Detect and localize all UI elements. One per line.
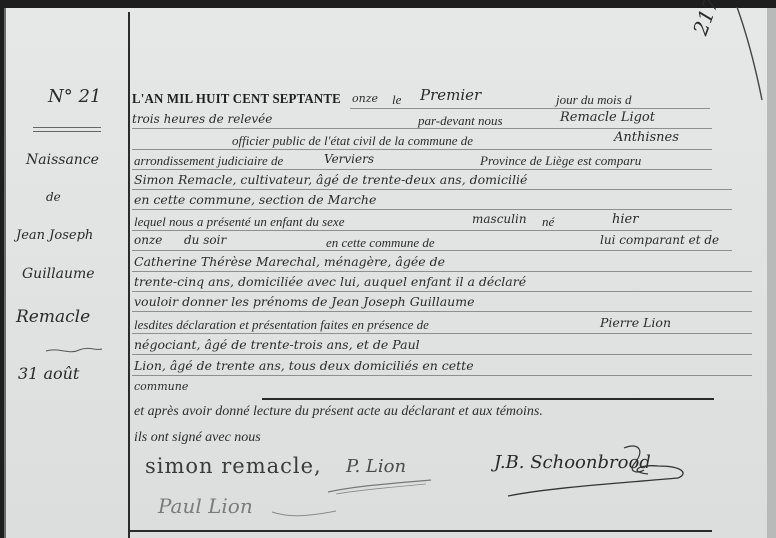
line13-rule xyxy=(132,354,752,355)
closing-statement: et après avoir donné lecture du présent … xyxy=(134,404,543,420)
margin-entry-de: de xyxy=(46,190,61,204)
margin-entry-given-name-2: Guillaume xyxy=(22,266,95,282)
line12-hw: Pierre Lion xyxy=(600,315,671,330)
line12-rule xyxy=(132,333,752,334)
line6-hw: en cette commune, section de Marche xyxy=(134,192,376,207)
line3-printed: officier public de l'état civil de la co… xyxy=(232,133,473,149)
top-right-flourish xyxy=(735,5,765,105)
line2-printed-pardevant: par-devant nous xyxy=(418,113,503,129)
line12-printed: lesdites déclaration et présentation fai… xyxy=(134,317,429,333)
line14-hw: Lion, âgé de trente ans, tous deux domic… xyxy=(134,358,474,373)
line7-rule xyxy=(132,230,712,231)
margin-entry-date: 31 août xyxy=(18,364,79,383)
officer-flourish xyxy=(488,440,688,500)
line6-rule xyxy=(132,209,732,210)
line11-hw: vouloir donner les prénoms de Jean Josep… xyxy=(134,294,474,309)
left-border-rule xyxy=(4,8,6,538)
line4-rule xyxy=(132,169,712,170)
witness1-flourish xyxy=(326,476,436,496)
line7-hw-sex: masculin xyxy=(472,212,527,226)
line8-printed: en cette commune de xyxy=(326,235,435,251)
line3-rule xyxy=(132,149,712,150)
line4-hw-verviers: Verviers xyxy=(324,152,374,166)
margin-entry-surname: Remacle xyxy=(16,307,90,327)
line7-hw-hier: hier xyxy=(612,212,638,227)
margin-divider xyxy=(33,127,101,132)
form-end-rule xyxy=(262,398,714,400)
margin-flourish xyxy=(44,345,104,357)
line10-hw: trente-cinq ans, domiciliée avec lui, au… xyxy=(134,274,526,289)
line8-hw-1: du soir xyxy=(184,233,226,247)
line10-rule xyxy=(132,291,752,292)
line1-printed-le: le xyxy=(392,92,401,108)
signed-statement: ils ont signé avec nous xyxy=(134,430,261,446)
line15-hw: commune xyxy=(134,380,188,393)
line8-hw-2: lui comparant et de xyxy=(600,233,719,247)
line8-hw-0: onze xyxy=(134,233,162,247)
line5-rule xyxy=(132,189,732,190)
line2-rule xyxy=(132,128,712,129)
line11-rule xyxy=(132,311,752,312)
page-bottom-rule xyxy=(128,530,712,532)
witness2-flourish xyxy=(270,508,340,520)
line3-hw-commune: Anthisnes xyxy=(614,130,679,145)
page-edge xyxy=(767,8,776,538)
line9-rule xyxy=(132,271,752,272)
line2-hw-officer: Remacle Ligot xyxy=(560,110,655,125)
signature-witness1: P. Lion xyxy=(346,456,406,477)
line1-hw-0: onze xyxy=(352,92,378,105)
line1-rule xyxy=(350,108,710,109)
line1-hw-premier: Premier xyxy=(420,86,481,104)
line4-printed-province: Province de Liège est comparu xyxy=(480,153,641,169)
line1-printed-jour: jour du mois d xyxy=(556,92,631,108)
margin-entry-naissance: Naissance xyxy=(26,152,99,168)
line9-hw: Catherine Thérèse Marechal, ménagère, âg… xyxy=(134,254,445,269)
line13-hw: négociant, âgé de trente-trois ans, et d… xyxy=(134,337,420,352)
form-heading: L'AN MIL HUIT CENT SEPTANTE xyxy=(132,92,341,108)
line5-hw: Simon Remacle, cultivateur, âgé de trent… xyxy=(134,172,527,187)
line7-printed: lequel nous a présenté un enfant du sexe xyxy=(134,214,344,230)
line14-rule xyxy=(132,375,752,376)
margin-column-divider xyxy=(128,12,130,538)
signature-declarant: simon remacle, xyxy=(145,454,322,478)
signature-witness2: Paul Lion xyxy=(158,494,253,518)
line7-printed-ne: né xyxy=(542,214,554,230)
line4-printed-arr: arrondissement judiciaire de xyxy=(134,153,283,169)
line8-rule xyxy=(132,250,732,251)
margin-record-number: N° 21 xyxy=(48,86,101,107)
margin-entry-given-name-1: Jean Joseph xyxy=(16,228,93,243)
line2-hw-0: trois heures de relevée xyxy=(132,112,272,126)
